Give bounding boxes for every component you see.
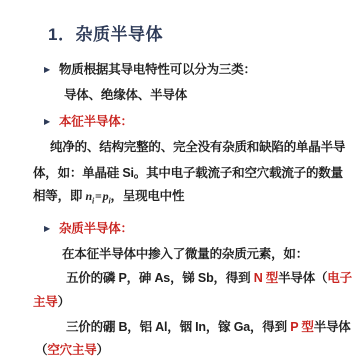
bullet-label-intrinsic: 本征半导体： [59,115,133,129]
p-type-label: P 型 [290,320,314,334]
body-line-ptype: 三价的硼 B，铝 Al，铟 In，镓 Ga，得到 P 型半导体 [66,320,351,335]
body-line-intrinsic-1: 纯净的、结构完整的、完全没有杂质和缺陷的单晶半导 [50,140,345,155]
bullet-triangle-icon: ▶ [44,62,59,77]
text-run: 半导体 [314,320,351,334]
bullet-label: 物质根据其导电特性可以分为三类： [59,63,256,77]
body-line-classification: 导体、绝缘体、半导体 [64,88,187,103]
text-run: ） [97,343,109,357]
formula-equals: = [94,189,103,203]
bullet-item-intrinsic: ▶本征半导体： [44,114,133,130]
bullet-label-impurity: 杂质半导体： [59,222,133,236]
electron-dominant-label-cont: 主导 [33,295,58,309]
slide-title: 1．杂质半导体 [48,25,163,45]
formula-n: ni [85,189,94,203]
slide: 1．杂质半导体 ▶物质根据其导电特性可以分为三类： 导体、绝缘体、半导体 ▶本征… [0,0,360,360]
hole-dominant-label: 空穴主导 [47,343,96,357]
bullet-triangle-icon: ▶ [44,114,59,129]
body-line-ntype: 五价的磷 P，砷 As，锑 Sb，得到 N 型半导体（电子 [66,271,352,286]
electron-dominant-label: 电子 [327,271,352,285]
text-run: （ [35,343,47,357]
bullet-item-impurity: ▶杂质半导体： [44,221,133,237]
text-run: ） [58,295,70,309]
bullet-item-classification: ▶物质根据其导电特性可以分为三类： [44,62,256,78]
text-run: 三价的硼 B，铝 Al，铟 In，镓 Ga，得到 [66,320,290,334]
body-line-intrinsic-3: 相等，即 ni=pi，呈现电中性 [33,189,184,208]
text-run: 五价的磷 P，砷 As，锑 Sb，得到 [66,271,254,285]
body-line-ntype-cont: 主导） [33,295,70,310]
n-type-label: N 型 [254,271,278,285]
body-line-ptype-cont: （空穴主导） [35,343,109,358]
text-run: 半导体（ [278,271,327,285]
text-run: ，呈现电中性 [110,189,184,203]
text-run: 相等，即 [33,189,85,203]
body-line-impurity-intro: 在本征半导体中掺入了微量的杂质元素，如： [62,247,308,262]
bullet-triangle-icon: ▶ [44,221,59,236]
body-line-intrinsic-2: 体，如：单晶硅 Si。其中电子载流子和空穴载流子的数量 [33,166,343,181]
